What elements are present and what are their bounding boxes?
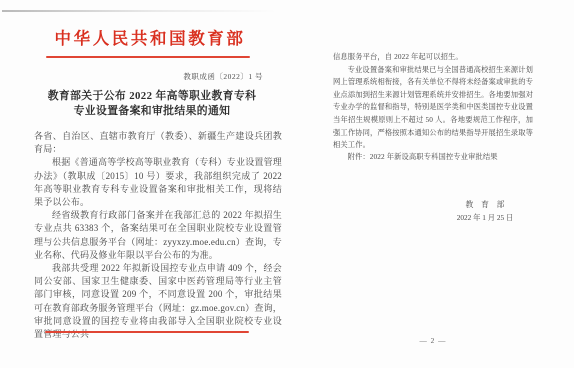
page-number: — 2 — [333, 336, 533, 345]
letterhead-title: 中华人民共和国教育部 [42, 25, 258, 49]
document-title-line-2: 专业设置备案和审批结果的通知 [34, 104, 270, 119]
document-title-line-1: 教育部关于公布 2022 年高等职业教育专科 [34, 89, 270, 104]
paragraph-4: 专业设置备案和审批结果已与全国普通高校招生来源计划网上管理系统相衔接，各有关单位… [333, 64, 533, 152]
scanned-document: 中华人民共和国教育部 教职成函〔2022〕1 号 教育部关于公布 2022 年高… [0, 0, 574, 368]
paragraph-1: 根据《普通高等学校高等职业教育（专科）专业设置管理办法》（教职成〔2015〕10… [34, 156, 282, 209]
document-number: 教职成函〔2022〕1 号 [34, 71, 263, 82]
signature-issuer: 教 育 部 [445, 199, 525, 210]
paragraph-2: 经省级教育行政部门备案并在我部汇总的 2022 年拟招生专业点共 63383 个… [34, 209, 282, 262]
scan-artifact-line [2, 10, 276, 12]
signature-date: 2022 年 1 月 25 日 [445, 213, 525, 223]
paragraph-3: 我部共受理 2022 年拟新设国控专业点申请 409 个，经会同公安部、国家卫生… [34, 262, 282, 341]
addressee-line: 各省、自治区、直辖市教育厅（教委）、新疆生产建设兵团教育局： [34, 130, 282, 156]
attachment-line: 附件：2022 年新设高职专科国控专业审批结果 [333, 152, 533, 162]
page-1-body: 各省、自治区、直辖市教育厅（教委）、新疆生产建设兵团教育局： 根据《普通高等学校… [34, 130, 282, 341]
letterhead-red-rule [46, 56, 250, 58]
document-title: 教育部关于公布 2022 年高等职业教育专科 专业设置备案和审批结果的通知 [34, 89, 270, 118]
page-2-body: 信息服务平台，自 2022 年起可以招生。 专业设置备案和审批结果已与全国普通高… [333, 51, 533, 152]
paragraph-3-continuation: 信息服务平台，自 2022 年起可以招生。 [333, 51, 533, 64]
